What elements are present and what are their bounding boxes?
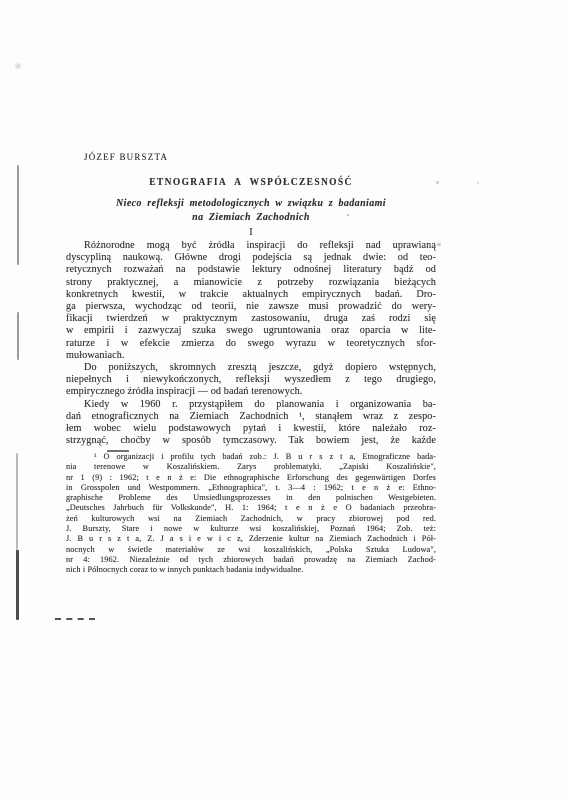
paragraph: Do poniższych, skromnych zresztą jeszcze…: [66, 362, 436, 399]
scan-dashed-line-artifact: [55, 618, 95, 620]
article-title: ETNOGRAFIA A WSPÓŁCZESNOŚĆ: [92, 176, 410, 188]
text-line: „Deutsches Jahrbuch für Volkskunde", H. …: [66, 503, 436, 513]
text-line: dań etnograficznych na Ziemiach Zachodni…: [66, 411, 436, 423]
text-line: J. Burszty, Stare i nowe w kulturze wsi …: [66, 524, 436, 534]
scanned-document-page: JÓZEF BURSZTA ETNOGRAFIA A WSPÓŁCZESNOŚĆ…: [0, 0, 566, 800]
paragraph: Różnorodne mogą być źródła inspiracji do…: [66, 240, 436, 362]
text-line: Kiedy w 1960 r. przystąpiłem do planowan…: [66, 399, 436, 411]
text-line: niepełnych i niewykończonych, refleksji …: [66, 374, 436, 386]
paragraph: Kiedy w 1960 r. przystąpiłem do planowan…: [66, 399, 436, 448]
text-line: mułowaniach.: [66, 350, 436, 362]
paragraph: ¹ O organizacji i profilu tych badań zob…: [66, 452, 436, 576]
scan-edge-line-artifact: [17, 312, 19, 360]
text-line: in Grosspolen und Westpommern. „Ethnogra…: [66, 483, 436, 493]
text-line: graphische Probleme des Umsiedlungsproze…: [66, 493, 436, 503]
text-line: Różnorodne mogą być źródła inspiracji do…: [66, 240, 436, 252]
text-line: nia terenowe w Koszalińskiem. Zarys prob…: [66, 462, 436, 472]
article-subtitle-line1: Nieco refleksji metodologicznych w związ…: [66, 198, 436, 209]
text-line: Do poniższych, skromnych zresztą jeszcze…: [66, 362, 436, 374]
author-name: JÓZEF BURSZTA: [84, 152, 168, 162]
scan-speck-artifact: [437, 243, 441, 246]
text-line: dyscypliną naukową. Główne drogi podejśc…: [66, 252, 436, 264]
text-line: raturze i w efekcie zmierza do swego wyr…: [66, 338, 436, 350]
text-line: empirycznego źródła inspiracji — od bada…: [66, 386, 436, 398]
scan-speck-artifact: [436, 181, 439, 184]
text-line: żeń kulturowych wsi na Ziemiach Zachodni…: [66, 514, 436, 524]
text-line: ¹ O organizacji i profilu tych badań zob…: [66, 452, 436, 462]
text-line: w empirii i zazwyczaj szuka swego ugrunt…: [66, 325, 436, 337]
text-line: nich i Północnych coraz to w innych punk…: [66, 565, 436, 575]
text-line: nocnych w świetle materiałów ze wsi kosz…: [66, 545, 436, 555]
text-line: ga pierwsza, wychodząc od teorii, nie za…: [66, 301, 436, 313]
text-line: nr 4: 1962. Niezależnie od tych zbiorowy…: [66, 555, 436, 565]
scan-edge-line-artifact: [17, 165, 19, 265]
text-line: J. B u r s z t a, Z. J a s i e w i c z, …: [66, 534, 436, 544]
footnote-text: ¹ O organizacji i profilu tych badań zob…: [66, 452, 436, 576]
scan-edge-line-artifact: [16, 453, 18, 551]
text-line: nr 1 (9) : 1962; t e n ż e: Die ethnogra…: [66, 473, 436, 483]
scan-smudge-artifact: [14, 62, 22, 70]
text-line: łem wobec wielu podstawowych pytań i kwe…: [66, 423, 436, 435]
text-line: strony praktycznej, a mianowicie z potrz…: [66, 277, 436, 289]
article-subtitle-line2: na Ziemiach Zachodnich: [66, 212, 436, 223]
scan-edge-line-artifact: [16, 550, 19, 620]
text-line: strzygnąć, choćby w sposób tymczasowy. T…: [66, 435, 436, 447]
section-numeral: I: [66, 226, 436, 238]
body-text: Różnorodne mogą być źródła inspiracji do…: [66, 240, 436, 447]
text-line: konkretnych kwestii, w trakcie aktualnyc…: [66, 289, 436, 301]
text-line: retycznych rozważań na podstawie lektury…: [66, 264, 436, 276]
scan-speck-artifact: [477, 182, 479, 184]
text-line: fikacji twierdzeń w praktycznym zastosow…: [66, 313, 436, 325]
